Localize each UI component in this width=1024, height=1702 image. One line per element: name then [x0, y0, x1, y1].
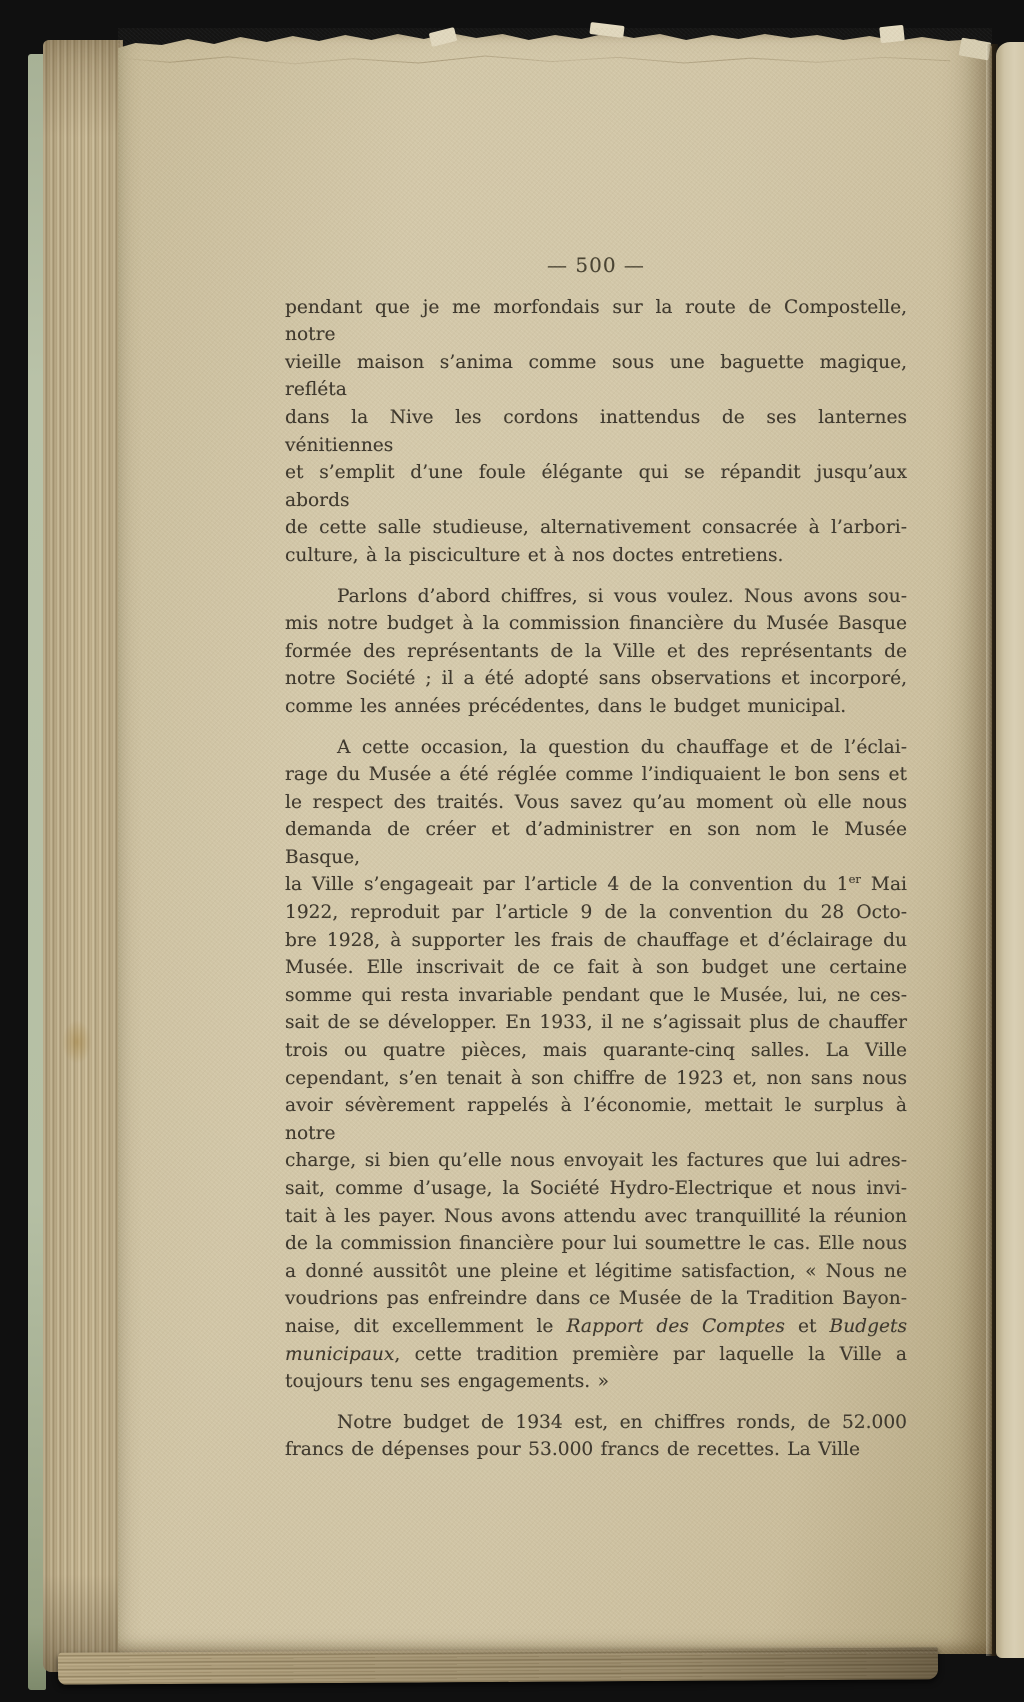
text-line: formée des représentants de la Ville et …	[285, 638, 907, 666]
text-segment: pendant que je me morfondais sur la rout…	[285, 297, 907, 346]
text-line: notre Société ; il a été adopté sans obs…	[285, 665, 907, 693]
text-line: tait à les payer. Nous avons attendu ave…	[285, 1203, 907, 1231]
italic-text: municipaux	[285, 1344, 394, 1365]
text-segment: cependant, s’en tenait à son chiffre de …	[285, 1068, 907, 1089]
text-segment: Notre budget de 1934 est, en chiffres ro…	[337, 1412, 907, 1433]
facing-page-edge	[996, 42, 1024, 1658]
left-page-edges-stack	[43, 40, 123, 1672]
text-line: culture, à la pisciculture et à nos doct…	[285, 542, 907, 570]
text-segment: avoir sévèrement rappelés à l’économie, …	[285, 1095, 907, 1144]
italic-text: Rapport des Comptes	[567, 1316, 785, 1337]
text-line: somme qui resta invariable pendant que l…	[285, 982, 907, 1010]
text-line: vieille maison s’anima comme sous une ba…	[285, 349, 907, 404]
paragraph: A cette occasion, la question du chauffa…	[285, 734, 907, 1396]
text-segment: de cette salle studieuse, alternativemen…	[285, 517, 907, 538]
text-segment: le respect des traités. Vous savez qu’au…	[285, 792, 907, 813]
text-segment: trois ou quatre pièces, mais quarante-ci…	[285, 1040, 907, 1061]
text-segment: francs de dépenses pour 53.000 francs de…	[285, 1439, 860, 1460]
page-text-block: — 500 — pendant que je me morfondais sur…	[285, 252, 907, 1477]
text-line: bre 1928, à supporter les frais de chauf…	[285, 927, 907, 955]
text-segment: voudrions pas enfreindre dans ce Musée d…	[285, 1288, 907, 1309]
text-segment: de la commission financière pour lui sou…	[285, 1233, 907, 1254]
text-line: 1922, reproduit par l’article 9 de la co…	[285, 899, 907, 927]
text-segment: , cette tradition première par laquelle …	[394, 1344, 907, 1365]
text-line: la Ville s’engageait par l’article 4 de …	[285, 871, 907, 899]
text-line: charge, si bien qu’elle nous envoyait le…	[285, 1147, 907, 1175]
text-segment: sait, comme d’usage, la Société Hydro-El…	[285, 1178, 907, 1199]
text-segment: culture, à la pisciculture et à nos doct…	[285, 545, 783, 566]
text-segment: dans la Nive les cordons inattendus de s…	[285, 407, 907, 456]
paragraphs-container: pendant que je me morfondais sur la rout…	[285, 294, 907, 1464]
superscript-text: er	[849, 872, 861, 886]
paragraph: Notre budget de 1934 est, en chiffres ro…	[285, 1409, 907, 1464]
text-segment: Musée. Elle inscrivait de ce fait à son …	[285, 957, 907, 978]
text-line: Musée. Elle inscrivait de ce fait à son …	[285, 954, 907, 982]
text-line: voudrions pas enfreindre dans ce Musée d…	[285, 1285, 907, 1313]
text-line: pendant que je me morfondais sur la rout…	[285, 294, 907, 349]
text-segment: mis notre budget à la commission financi…	[285, 613, 907, 634]
text-line: naise, dit excellemment le Rapport des C…	[285, 1313, 907, 1341]
text-segment: notre Société ; il a été adopté sans obs…	[285, 668, 907, 689]
text-segment: formée des représentants de la Ville et …	[285, 641, 907, 662]
text-segment: la Ville s’engageait par l’article 4 de …	[285, 874, 849, 895]
text-segment: naise, dit excellemment le	[285, 1316, 567, 1337]
text-segment: tait à les payer. Nous avons attendu ave…	[285, 1206, 907, 1227]
text-segment: rage du Musée a été réglée comme l’indiq…	[285, 764, 907, 785]
book-scan-scene: — 500 — pendant que je me morfondais sur…	[0, 0, 1024, 1702]
text-line: rage du Musée a été réglée comme l’indiq…	[285, 761, 907, 789]
text-segment: A cette occasion, la question du chauffa…	[337, 737, 907, 758]
paper-stain	[62, 1020, 92, 1064]
text-segment: charge, si bien qu’elle nous envoyait le…	[285, 1150, 907, 1171]
text-line: comme les années précédentes, dans le bu…	[285, 693, 907, 721]
text-line: Parlons d’abord chiffres, si vous voulez…	[285, 583, 907, 611]
italic-text: Budgets	[830, 1316, 907, 1337]
paragraph: pendant que je me morfondais sur la rout…	[285, 294, 907, 570]
text-line: avoir sévèrement rappelés à l’économie, …	[285, 1092, 907, 1147]
text-line: de cette salle studieuse, alternativemen…	[285, 514, 907, 542]
text-segment: sait de se développer. En 1933, il ne s’…	[285, 1012, 907, 1033]
text-segment: bre 1928, à supporter les frais de chauf…	[285, 930, 907, 951]
text-segment: 1922, reproduit par l’article 9 de la co…	[285, 902, 907, 923]
text-segment: Parlons d’abord chiffres, si vous voulez…	[337, 586, 907, 607]
text-line: sait de se développer. En 1933, il ne s’…	[285, 1009, 907, 1037]
text-line: municipaux, cette tradition première par…	[285, 1341, 907, 1369]
text-line: A cette occasion, la question du chauffa…	[285, 734, 907, 762]
torn-paper-fragment	[879, 25, 905, 43]
text-line: sait, comme d’usage, la Société Hydro-El…	[285, 1175, 907, 1203]
page-number: — 500 —	[285, 252, 907, 280]
text-line: demanda de créer et d’administrer en son…	[285, 816, 907, 871]
text-segment: demanda de créer et d’administrer en son…	[285, 819, 907, 868]
text-line: et s’emplit d’une foule élégante qui se …	[285, 459, 907, 514]
text-segment: a donné aussitôt une pleine et légitime …	[285, 1261, 907, 1282]
text-line: Notre budget de 1934 est, en chiffres ro…	[285, 1409, 907, 1437]
text-line: le respect des traités. Vous savez qu’au…	[285, 789, 907, 817]
text-line: francs de dépenses pour 53.000 francs de…	[285, 1436, 907, 1464]
bottom-page-edges-stack	[58, 1647, 938, 1684]
text-line: de la commission financière pour lui sou…	[285, 1230, 907, 1258]
text-line: a donné aussitôt une pleine et légitime …	[285, 1258, 907, 1286]
text-segment: comme les années précédentes, dans le bu…	[285, 696, 846, 717]
text-line: toujours tenu ses engagements. »	[285, 1368, 907, 1396]
text-line: cependant, s’en tenait à son chiffre de …	[285, 1065, 907, 1093]
paragraph: Parlons d’abord chiffres, si vous voulez…	[285, 583, 907, 721]
text-line: mis notre budget à la commission financi…	[285, 610, 907, 638]
torn-paper-fragment	[589, 22, 624, 38]
text-line: dans la Nive les cordons inattendus de s…	[285, 404, 907, 459]
text-segment: somme qui resta invariable pendant que l…	[285, 985, 907, 1006]
text-segment: et	[785, 1316, 830, 1337]
text-segment: vieille maison s’anima comme sous une ba…	[285, 352, 907, 401]
text-segment: et s’emplit d’une foule élégante qui se …	[285, 462, 907, 511]
text-segment: Mai	[861, 874, 907, 895]
text-segment: toujours tenu ses engagements. »	[285, 1371, 609, 1392]
text-line: trois ou quatre pièces, mais quarante-ci…	[285, 1037, 907, 1065]
